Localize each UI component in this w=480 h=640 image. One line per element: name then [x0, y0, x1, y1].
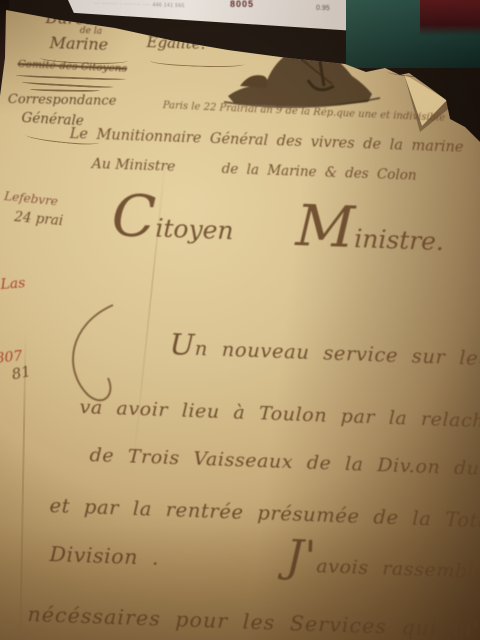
flourish-underline	[388, 67, 476, 81]
label-stamp: 8005	[230, 0, 254, 9]
letterhead-line-3: Marine	[49, 33, 108, 54]
salutation-citoyen: Citoyen	[111, 212, 234, 245]
margin-note-received: 24 prai	[14, 209, 64, 229]
body-line-2: va avoir lieu à Toulon par la relache	[79, 396, 480, 433]
label-fineprint: ··· ········ · ········ ···· 446 141 565	[94, 1, 185, 9]
photo-of-manuscript: ··· ········ · ········ ···· 446 141 565…	[0, 0, 480, 640]
calligraphic-flourish	[58, 300, 118, 405]
body-line-3: de Trois Vaisseaux de la Div.on du Génér…	[89, 444, 480, 483]
body-line-6: J'avois rassemblé les appro	[285, 554, 480, 587]
salutation-ministre: Ministre.	[295, 222, 444, 256]
background-object-red	[420, 0, 480, 36]
body-line-7: nécéssaires pour les Services qui m'ét	[27, 602, 480, 640]
manuscript-page: Bureau de la Marine Comité des Citoyens …	[0, 0, 480, 640]
body-line-5: Division .	[49, 542, 160, 570]
strike-scribble	[30, 86, 100, 92]
motto-egalite: Égalité.	[146, 33, 205, 53]
margin-folio-number: 81	[10, 362, 32, 384]
heading-recipient-2: de la Marine & des Colon	[221, 161, 416, 184]
label-price: 0.95	[316, 5, 330, 12]
body-line-1: Un nouveau service sur lequel je ne comp	[169, 336, 480, 376]
margin-red-note: Las	[0, 275, 26, 293]
heading-recipient-1: Au Ministre	[91, 156, 175, 175]
margin-note-name: Lefebvre	[4, 189, 59, 209]
body-line-4: et par la rentrée présumée de la Totali	[49, 494, 480, 533]
letterhead-line-4: Correspondance	[8, 92, 117, 109]
heading-sender: Le Munitionnaire Général des vivres de l…	[69, 126, 463, 156]
